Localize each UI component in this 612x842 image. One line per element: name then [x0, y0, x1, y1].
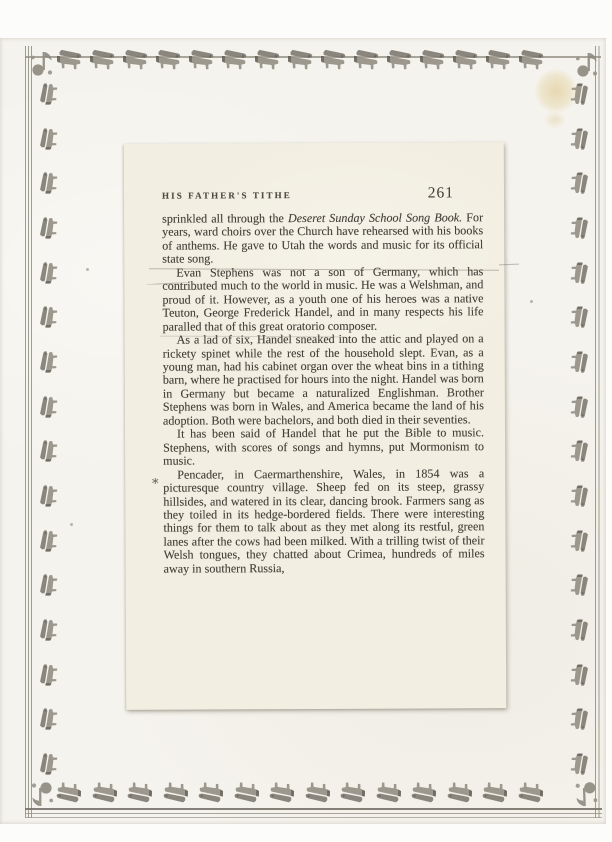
grand-piano-ornament-icon: [252, 48, 282, 72]
grand-piano-ornament-icon: [37, 81, 61, 107]
page-number: 261: [428, 184, 454, 202]
paragraph-2: Evan Stephens was not a son of Germany, …: [162, 265, 483, 334]
grand-piano-ornament-icon: [219, 48, 249, 72]
grand-piano-ornament-icon: [567, 483, 591, 509]
grand-piano-ornament-icon: [37, 394, 61, 420]
grand-piano-ornament-icon: [417, 48, 447, 72]
grand-piano-ornament-icon: [409, 779, 440, 804]
body-text: sprinkled all through the Deseret Sunday…: [162, 211, 485, 576]
music-note-ornament-icon: [571, 779, 599, 810]
grand-piano-ornament-icon: [267, 779, 298, 804]
pencil-asterisk-mark: *: [152, 477, 164, 489]
scan-speck: [530, 300, 533, 303]
grand-piano-ornament-icon: [125, 779, 156, 804]
grand-piano-ornament-icon: [37, 751, 61, 777]
border-right-rules: [595, 46, 602, 818]
paragraph-3: As a lad of six, Handel sneaked into the…: [163, 332, 484, 428]
book-title-italic: Deseret Sunday School Song Book.: [288, 210, 462, 225]
grand-piano-ornament-icon: [567, 215, 591, 241]
grand-piano-ornament-icon: [318, 48, 348, 72]
scan-speck: [70, 523, 73, 526]
grand-piano-ornament-icon: [37, 215, 61, 241]
music-note-ornament-icon: [29, 49, 56, 79]
grand-piano-ornament-icon: [37, 304, 61, 330]
border-top-motifs: [54, 46, 546, 73]
grand-piano-ornament-icon: [384, 48, 414, 72]
border-right-motifs: [565, 82, 592, 776]
grand-piano-ornament-icon: [450, 48, 480, 72]
grand-piano-ornament-icon: [37, 617, 61, 643]
grand-piano-ornament-icon: [567, 572, 591, 598]
grand-piano-ornament-icon: [515, 779, 546, 804]
paragraph-4: It has been said of Handel that he put t…: [163, 427, 484, 469]
border-bottom-rules: [25, 808, 602, 820]
music-note-ornament-icon: [28, 779, 55, 809]
grand-piano-ornament-icon: [567, 304, 591, 330]
music-note-ornament-icon: [571, 779, 599, 810]
grand-piano-ornament-icon: [54, 779, 85, 804]
grand-piano-ornament-icon: [567, 438, 591, 464]
pencil-dash: [170, 289, 197, 290]
grand-piano-ornament-icon: [338, 779, 369, 804]
grand-piano-ornament-icon: [160, 779, 191, 804]
grand-piano-ornament-icon: [196, 779, 227, 804]
grand-piano-ornament-icon: [567, 170, 591, 196]
grand-piano-ornament-icon: [153, 48, 183, 72]
grand-piano-ornament-icon: [567, 126, 591, 152]
grand-piano-ornament-icon: [302, 779, 333, 804]
music-note-ornament-icon: [29, 49, 56, 79]
grand-piano-ornament-icon: [89, 779, 120, 804]
grand-piano-ornament-icon: [483, 48, 513, 72]
grand-piano-ornament-icon: [567, 394, 591, 420]
grand-piano-ornament-icon: [37, 528, 61, 554]
grand-piano-ornament-icon: [567, 662, 591, 688]
grand-piano-ornament-icon: [37, 126, 61, 152]
grand-piano-ornament-icon: [444, 779, 475, 804]
grand-piano-ornament-icon: [351, 48, 381, 72]
grand-piano-ornament-icon: [567, 349, 591, 375]
scanned-album-page: HIS FATHER'S TITHE 261 sprinkled all thr…: [0, 0, 612, 842]
grand-piano-ornament-icon: [37, 572, 61, 598]
grand-piano-ornament-icon: [567, 528, 591, 554]
music-note-ornament-icon: [28, 779, 55, 809]
paragraph-1: sprinkled all through the Deseret Sunday…: [162, 211, 483, 266]
pasted-book-page: HIS FATHER'S TITHE 261 sprinkled all thr…: [124, 142, 506, 710]
grand-piano-ornament-icon: [567, 706, 591, 732]
grand-piano-ornament-icon: [37, 349, 61, 375]
stain-mark: [540, 108, 570, 132]
border-left-motifs: [35, 82, 62, 776]
grand-piano-ornament-icon: [186, 48, 216, 72]
grand-piano-ornament-icon: [567, 751, 591, 777]
grand-piano-ornament-icon: [567, 260, 591, 286]
grand-piano-ornament-icon: [37, 170, 61, 196]
grand-piano-ornament-icon: [37, 483, 61, 509]
grand-piano-ornament-icon: [120, 48, 150, 72]
grand-piano-ornament-icon: [87, 48, 117, 72]
grand-piano-ornament-icon: [54, 48, 84, 72]
grand-piano-ornament-icon: [37, 438, 61, 464]
grand-piano-ornament-icon: [373, 779, 404, 804]
border-left-rules: [25, 46, 34, 818]
grand-piano-ornament-icon: [231, 779, 262, 804]
grand-piano-ornament-icon: [37, 260, 61, 286]
border-bottom-motifs: [54, 778, 546, 805]
grand-piano-ornament-icon: [567, 617, 591, 643]
grand-piano-ornament-icon: [480, 779, 511, 804]
paragraph-5: Pencader, in Caermarthenshire, Wales, in…: [163, 467, 484, 576]
scan-speck: [86, 268, 89, 271]
grand-piano-ornament-icon: [37, 662, 61, 688]
grand-piano-ornament-icon: [37, 706, 61, 732]
running-header: HIS FATHER'S TITHE 261: [162, 184, 454, 203]
paragraph-1-text: sprinkled all through the: [162, 211, 288, 226]
grand-piano-ornament-icon: [285, 48, 315, 72]
running-title: HIS FATHER'S TITHE: [162, 190, 292, 201]
